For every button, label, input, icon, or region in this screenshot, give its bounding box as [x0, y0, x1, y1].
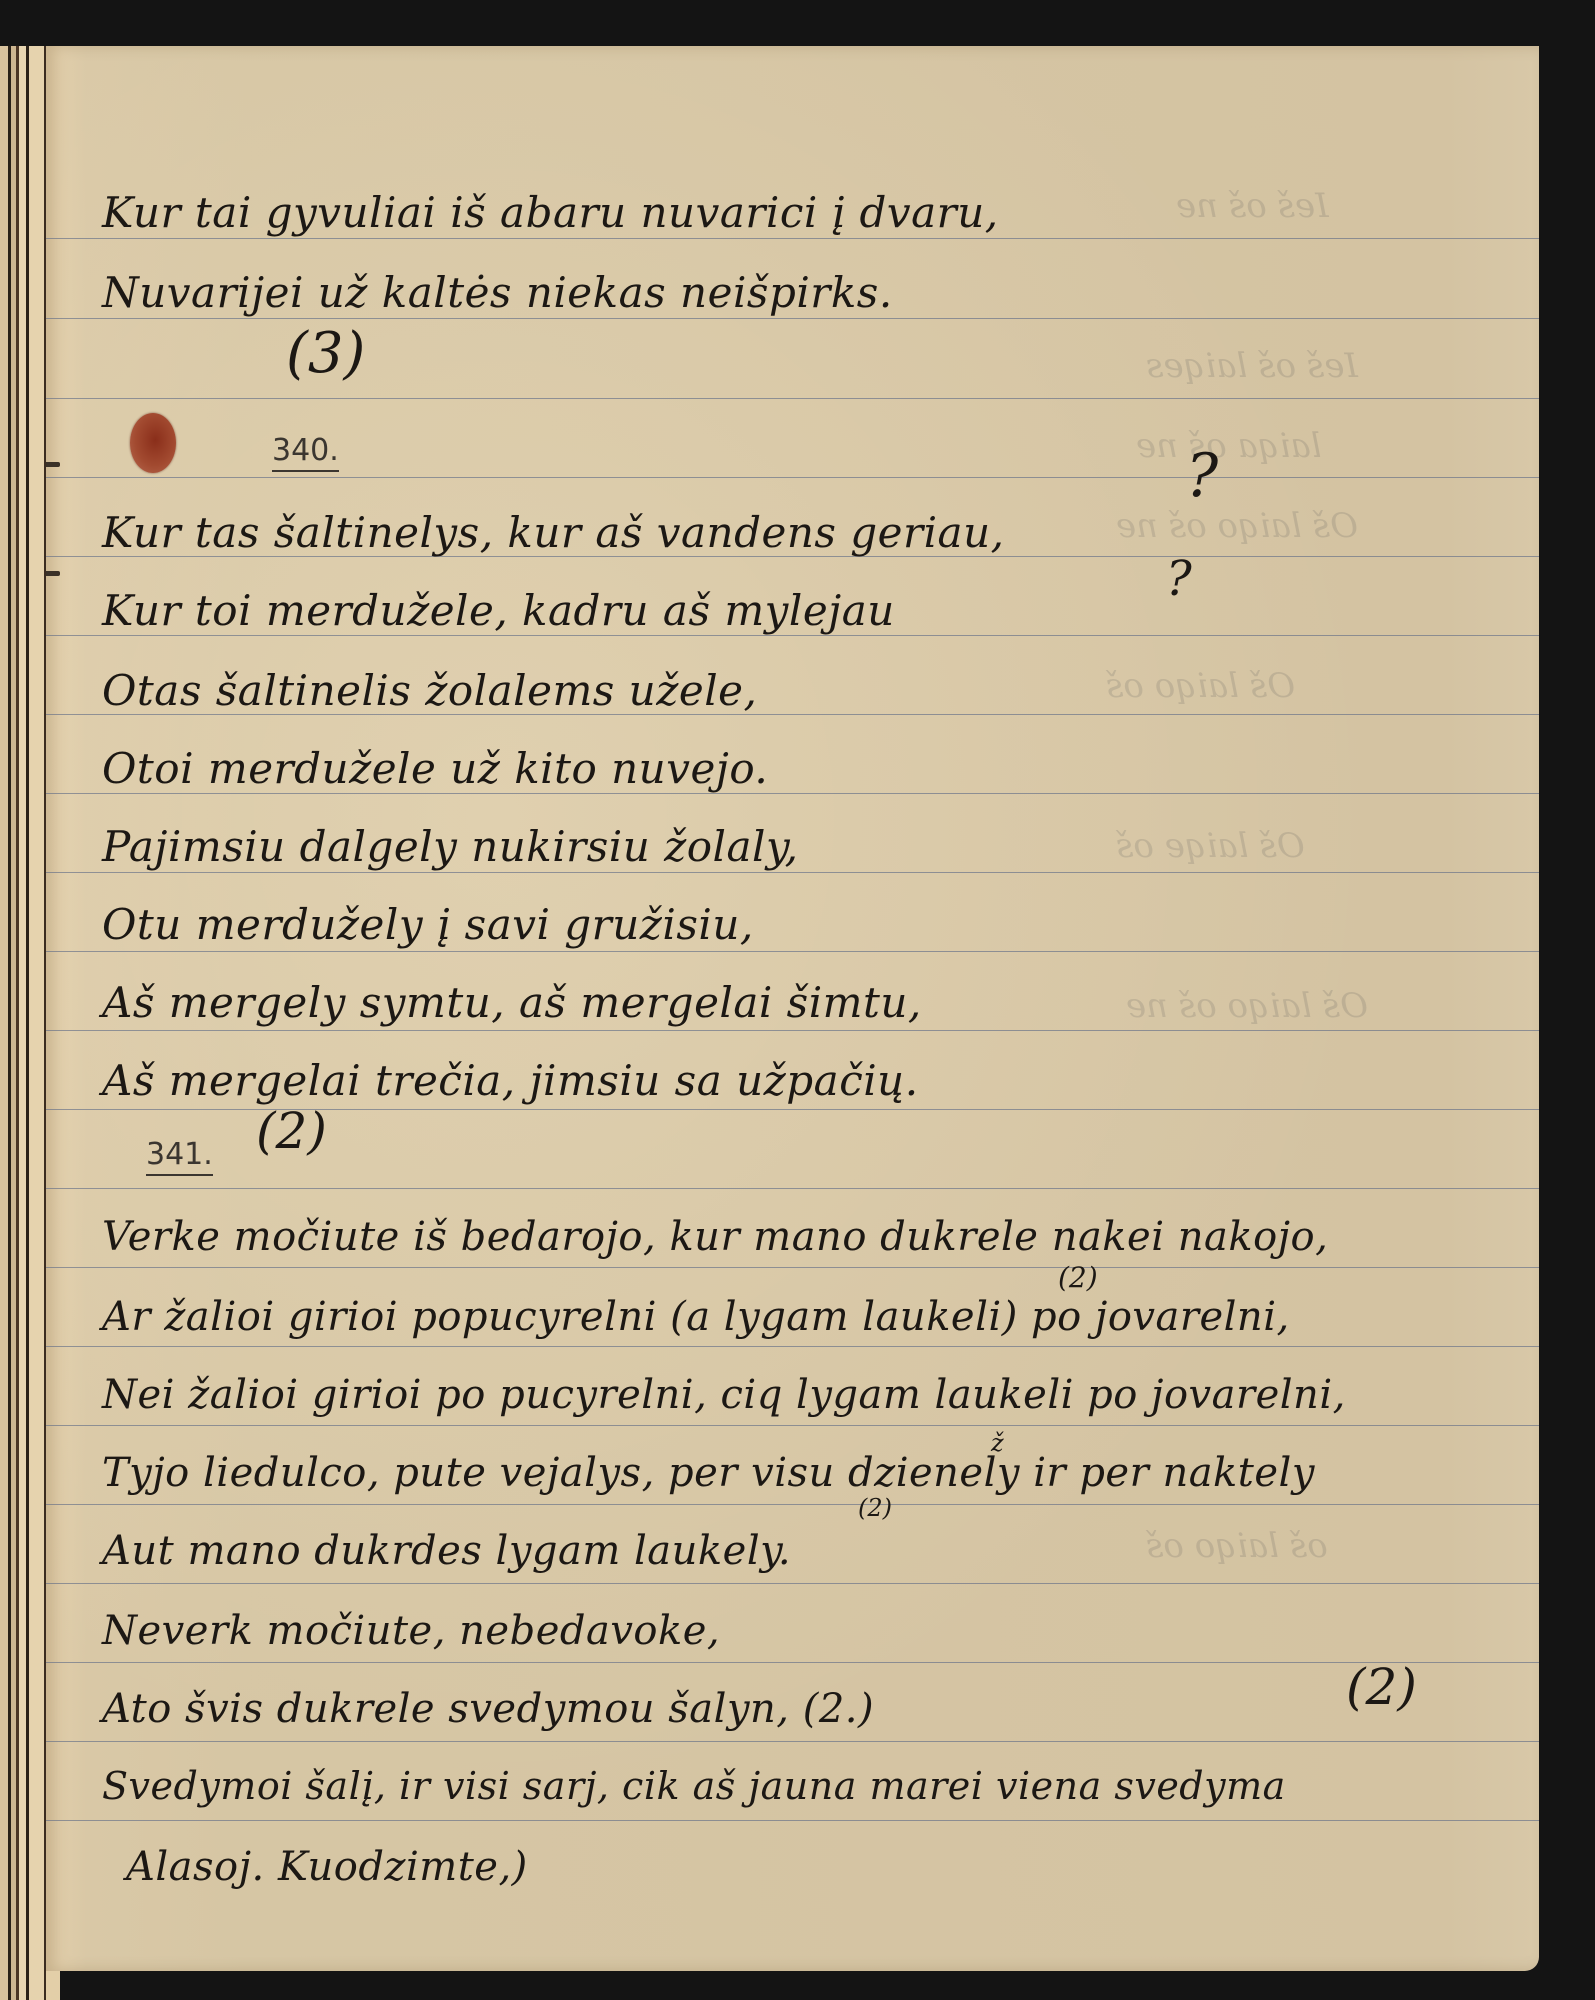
- red-wax-seal: [130, 413, 176, 473]
- manuscript-line: Nei žalioi girioi po pucyrelni, ciq lyga…: [102, 1372, 1346, 1418]
- margin-tick: [46, 462, 60, 467]
- manuscript-line: Kur toi merdužele, kadru aš mylejau: [102, 586, 895, 635]
- ruled-line: [46, 872, 1539, 873]
- question-mark: ?: [1166, 551, 1192, 607]
- margin-tick: [46, 571, 60, 576]
- repeat-mark: (3): [286, 321, 365, 386]
- ruled-line: [46, 398, 1539, 399]
- song-number-340: 340.: [272, 436, 339, 472]
- ruled-line: [46, 635, 1539, 636]
- bleed-through-text: Ieš oš ne: [1176, 186, 1329, 226]
- manuscript-line: Otoi merdužele už kito nuvejo.: [102, 744, 768, 793]
- bleed-through-text: Oš laiqo oš: [1106, 666, 1295, 706]
- ruled-line: [46, 477, 1539, 478]
- ruled-line: [46, 793, 1539, 794]
- ruled-line: [46, 1267, 1539, 1268]
- manuscript-line: Pajimsiu dalgely nukirsiu žolaly,: [102, 822, 798, 871]
- ruled-line: [46, 1425, 1539, 1426]
- ruled-line: [46, 318, 1539, 319]
- ruled-line: [46, 1583, 1539, 1584]
- ruled-line: [46, 1188, 1539, 1189]
- ruled-line: [46, 238, 1539, 239]
- ruled-line: [46, 1030, 1539, 1031]
- manuscript-line: Tyjo liedulco, pute vejalys, per visu dz…: [102, 1450, 1315, 1496]
- manuscript-line: Svedymoi šalį, ir visi sarj, cik aš jaun…: [102, 1764, 1286, 1808]
- repeat-mark: (2): [1346, 1658, 1417, 1716]
- ruled-line: [46, 1346, 1539, 1347]
- manuscript-line: Verke močiute iš bedarojo, kur mano dukr…: [102, 1214, 1328, 1260]
- manuscript-line: Otas šaltinelis žolalems užele,: [102, 666, 757, 715]
- ruled-line: [46, 1662, 1539, 1663]
- bleed-through-text: Ieš oš laiqes: [1146, 346, 1358, 386]
- manuscript-line: Ato švis dukrele svedymou šalyn, (2.): [102, 1686, 874, 1732]
- bleed-through-text: Oš laiqe oš: [1116, 826, 1305, 866]
- bleed-through-text: oš laiqo oš: [1146, 1526, 1328, 1566]
- manuscript-line: Neverk močiute, nebedavoke,: [102, 1608, 720, 1654]
- question-mark: ?: [1186, 441, 1218, 511]
- ruled-line: [46, 1820, 1539, 1821]
- ruled-line: [46, 951, 1539, 952]
- bleed-through-text: Oš laiqo oš ne: [1126, 986, 1368, 1026]
- manuscript-line: Aš mergely symtu, aš mergelai šimtu,: [102, 978, 922, 1027]
- repeat-mark: (2): [256, 1102, 327, 1160]
- manuscript-page: Ieš oš ne Ieš oš laiqes laiqa oš ne Oš l…: [46, 46, 1539, 1971]
- manuscript-line: Otu merdužely į savi gružisiu,: [102, 900, 754, 949]
- ruled-line: [46, 1504, 1539, 1505]
- manuscript-line: Kur tas šaltinelys, kur aš vandens geria…: [102, 508, 1005, 557]
- bleed-through-text: Oš laiqo oš ne: [1116, 506, 1358, 546]
- manuscript-line: Aš mergelai trečia, jimsiu sa užpačių.: [102, 1056, 919, 1105]
- manuscript-line: Kur tai gyvuliai iš abaru nuvarici į dva…: [102, 188, 999, 237]
- manuscript-line: Nuvarijei už kaltės niekas neišpirks.: [102, 268, 893, 317]
- bleed-through-text: laiqa oš ne: [1136, 426, 1322, 466]
- ruled-line: [46, 1741, 1539, 1742]
- song-number-341: 341.: [146, 1140, 213, 1176]
- binding-top-shadow: [0, 0, 60, 46]
- manuscript-line: Ar žalioi girioi popucyrelni (a lygam la…: [102, 1294, 1290, 1340]
- manuscript-line: Alasoj. Kuodzimte,): [126, 1844, 528, 1890]
- superscript-note: (2): [858, 1494, 892, 1522]
- superscript-note: (2): [1058, 1261, 1098, 1294]
- manuscript-line: Aut mano dukrdes lygam laukely.: [102, 1528, 791, 1574]
